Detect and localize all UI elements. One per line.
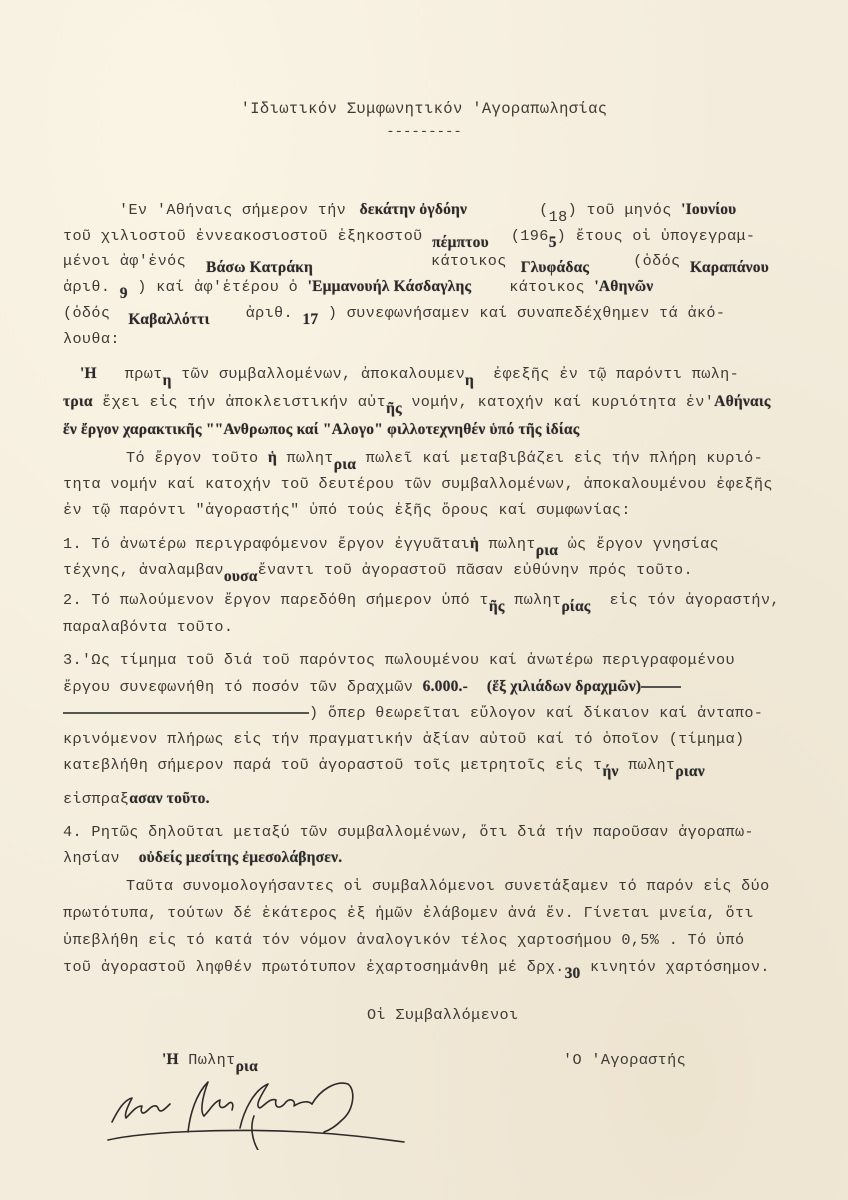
fill-buyer-number: 17 — [302, 311, 318, 328]
term-2-line-2: παραλαβόντα τοῦτο. — [63, 617, 233, 637]
intro-line-3: μένοι ἀφ'ἑνόςΒάσω ΚατράκηκάτοικοςΓλυφάδα… — [63, 251, 769, 271]
intro-line-4: ἀριθ. 9 ) καί ἀφ'ἑτέρου ὁ 'Εμμανουήλ Κάσ… — [63, 277, 653, 297]
intro-line-5: (ὁδόςΚαβαλλόττιἀριθ. 17 ) συνεφωνήσαμεν … — [63, 303, 725, 323]
p1-line-3-artwork: ἕν ἔργον χαρακτικῆς ""Ανθρωπος καί "Αλογ… — [63, 420, 580, 440]
title-rule: --------- — [0, 122, 848, 142]
fill-buyer-town: 'Αθηνῶν — [594, 278, 653, 295]
closing-line-1: Ταῦτα συνομολογήσαντες οἱ συμβαλλόμενοι … — [126, 876, 770, 896]
fill-year-digit: 5 — [549, 234, 557, 251]
term-3-line-3: ) ὅπερ θεωρεῖται εὔλογον καί δίκαιον καί… — [63, 703, 763, 723]
fill-price-amount: 6.000.- — [423, 678, 468, 695]
document-title: 'Ιδιωτικόν Συμφωνητικόν 'Αγοραπωλησίας — [0, 99, 848, 119]
fill-buyer-street: Καβαλλόττι — [128, 311, 209, 328]
fill-seller-street: Καραπάνου — [690, 259, 769, 276]
fill-month: 'Ιουνίου — [681, 201, 736, 218]
fill-buyer-name: 'Εμμανουήλ Κάσδαγλης — [308, 278, 472, 295]
fill-day-words: δεκάτην ὀγδόην — [360, 201, 468, 218]
signatures-heading: Οἱ Συμβαλλόμενοι — [367, 1005, 518, 1025]
buyer-label: 'Ο 'Αγοραστής — [563, 1050, 686, 1070]
closing-line-3: ὑπεβλήθη εἰς τό κατά τόν νόμον ἀναλογικό… — [63, 930, 744, 950]
intro-line-6: λουθα: — [63, 329, 120, 349]
p2-line-1: Τό ἔργον τοῦτο ἡ πωλητρια πωλεῖ καί μετα… — [126, 448, 763, 468]
term-3-line-6: εἰσπραξασαν τοῦτο. — [63, 789, 210, 809]
fill-price-words: (ἕξ χιλιάδων δραχμῶν) — [487, 678, 641, 695]
p2-line-3: ἐν τῷ παρόντι "ἀγοραστής" ὑπό τούς ἑξῆς … — [63, 500, 631, 520]
closing-line-2: πρωτότυπα, τούτων δέ ἑκάτερος ἐξ ἡμῶν ἐλ… — [63, 903, 754, 923]
contract-page: 'Ιδιωτικόν Συμφωνητικόν 'Αγοραπωλησίας -… — [0, 0, 848, 1200]
p2-line-2: τητα νομήν καί κατοχήν τοῦ δευτέρου τῶν … — [63, 474, 773, 494]
term-4-line-1: 4. Ρητῶς δηλοῦται μεταξύ τῶν συμβαλλομέν… — [63, 822, 754, 842]
term-4-line-2: λησίαν οὐδείς μεσίτης ἐμεσολάβησεν. — [63, 848, 342, 868]
closing-line-4: τοῦ ἀγοραστοῦ ληφθέν πρωτότυπον ἐχαρτοση… — [63, 957, 770, 977]
seller-label: 'Η Πωλητρια — [162, 1050, 258, 1070]
handwritten-signature-icon — [104, 1070, 424, 1150]
fill-stamp-amount: 30 — [565, 965, 581, 982]
fill-day-number: 18 — [549, 208, 568, 226]
p1-line-2: τρια ἔχει εἰς τήν ἀποκλειστικήν αὐτῆς νο… — [63, 392, 771, 412]
term-3-line-1: 3.'Ως τίμημα τοῦ διά τοῦ παρόντος πωλουμ… — [63, 650, 735, 670]
fill-seller-name: Βάσω Κατράκη — [206, 259, 313, 276]
term-3-line-2: ἔργου συνεφωνήθη τό ποσόν τῶν δραχμῶν 6.… — [63, 677, 681, 697]
term-1-line-2: τέχνης, ἀναλαμβανουσαἔναντι τοῦ ἀγοραστο… — [63, 560, 693, 580]
term-3-line-4: κρινόμενον πλήρως εἰς τήν πραγματικήν ἀξ… — [63, 729, 744, 749]
term-2-line-1: 2. Τό πωλούμενον ἔργον παρεδόθη σήμερον … — [63, 590, 780, 610]
intro-line-1: 'Εν 'Αθήναις σήμερον τήν δεκάτην ὀγδόην(… — [119, 200, 736, 220]
intro-line-2: τοῦ χιλιοστοῦ ἐννεακοσιοστοῦ ἑξηκοστοῦ π… — [63, 226, 755, 246]
fill-seller-number: 9 — [120, 285, 128, 302]
term-1-line-1: 1. Τό ἀνωτέρω περιγραφόμενον ἔργον ἐγγυᾶ… — [63, 534, 719, 554]
term-3-line-5: κατεβλήθη σήμερον παρά τοῦ ἀγοραστοῦ τοῖ… — [63, 755, 705, 775]
fill-seller-town: Γλυφάδας — [521, 259, 589, 276]
p1-line-1: 'Ηπρωτη τῶν συμβαλλομένων, ἀποκαλουμενη … — [80, 364, 739, 384]
fill-year-word: πέμπτου — [432, 234, 489, 251]
